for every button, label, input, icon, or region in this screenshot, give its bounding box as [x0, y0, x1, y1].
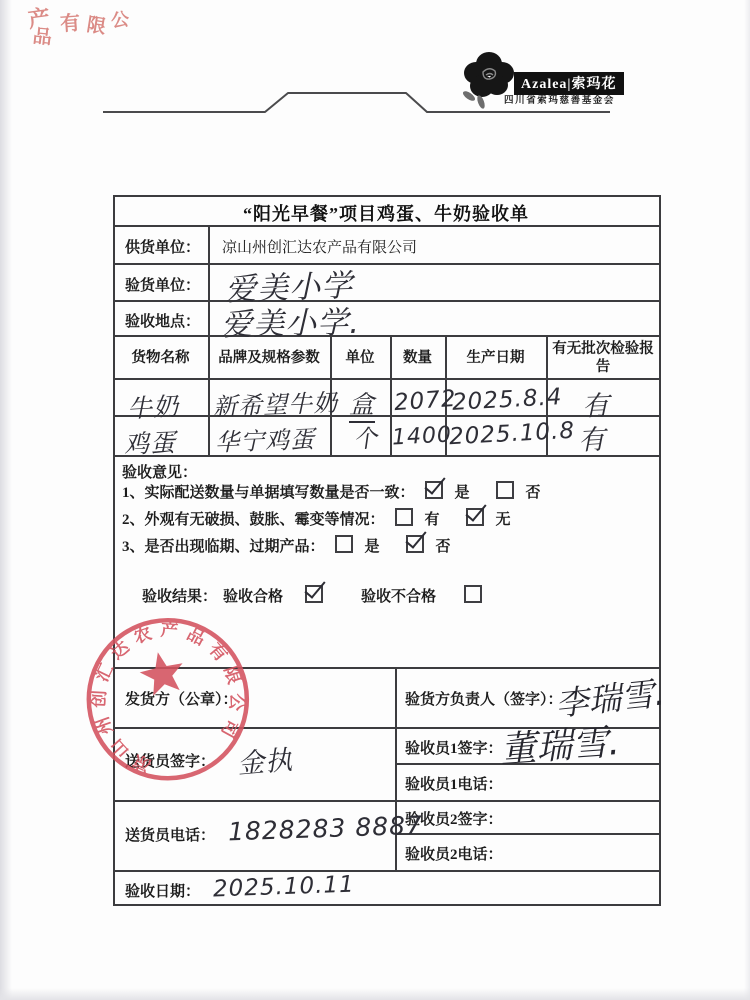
goods-name-handwriting: 牛奶 [126, 387, 180, 426]
receiver-unit-label: 验货单位： [125, 274, 200, 295]
opinion-item-3: 3、是否出现临期、过期产品：是否 [122, 535, 451, 556]
checkbox-result-fail [464, 585, 482, 603]
page-edge-shadow-bottom [0, 988, 750, 1000]
opinions-heading: 验收意见： [122, 461, 197, 482]
col-header-brand-spec: 品牌及规格参数 [208, 349, 330, 367]
checkbox-label: 是 [455, 485, 470, 501]
seal-star-icon [136, 648, 187, 698]
opinion-item-text: 3、是否出现临期、过期产品： [122, 539, 325, 555]
acceptance-date-handwriting: 2025.10.11 [213, 872, 356, 903]
stamp-fragment-glyph: 公 [110, 5, 131, 33]
opinion-item-text: 2、外观有无破损、鼓胀、霉变等情况： [122, 512, 385, 528]
checkbox-label: 否 [526, 485, 541, 501]
stamp-fragment-glyph: 品 [32, 21, 54, 50]
result-option-label: 验收不合格 [361, 589, 436, 605]
col-header-quantity: 数量 [390, 349, 445, 367]
checkbox-damage-no [466, 508, 484, 526]
batch-report-handwriting: 有 [577, 417, 607, 457]
inspector1-phone-label: 验收员1电话： [405, 773, 503, 794]
opinion-item-2: 2、外观有无破损、鼓胀、霉变等情况：有无 [122, 508, 511, 529]
production-date-handwriting: 2025.10.8 [448, 418, 575, 451]
checkbox-expired-no [406, 535, 424, 553]
seal-company-name: 凉山州创汇达农产品有限公司 [73, 604, 261, 784]
checkbox-label: 否 [436, 539, 451, 555]
deliverer-phone-label: 送货员电话： [125, 824, 215, 845]
unit-handwriting: 个 [351, 418, 380, 455]
quantity-handwriting: 1400 [391, 422, 452, 450]
supplier-value: 凉山州创汇达农产品有限公司 [222, 236, 417, 257]
acceptance-location-handwriting: 爱美小学. [221, 297, 361, 344]
company-seal-stamp: 凉山州创汇达农产品有限公司 [65, 594, 273, 806]
inspector2-phone-label: 验收员2电话： [405, 843, 503, 864]
quantity-handwriting: 2072 [393, 386, 457, 416]
svg-text:凉山州创汇达农产品有限公司: 凉山州创汇达农产品有限公司 [73, 604, 261, 784]
inspector1-sign-label: 验收员1签字： [405, 737, 503, 758]
col-header-goods-name: 货物名称 [113, 349, 208, 367]
col-header-batch-report: 有无批次检验报告 [552, 340, 654, 376]
opinion-item-text: 1、实际配送数量与单据填写数量是否一致： [122, 485, 415, 501]
checkbox-expired-yes [335, 535, 353, 553]
scanned-form-page: 产 品 有 限 公 Azalea|索玛花 四川省索玛慈善基金会 [0, 0, 750, 1000]
form-title: “阳光早餐”项目鸡蛋、牛奶验收单 [113, 200, 659, 226]
checkbox-result-pass [305, 585, 323, 603]
stamp-fragment-glyph: 限 [85, 10, 108, 40]
page-edge-shadow-right [744, 0, 750, 1000]
inspector1-signature-handwriting: 董瑞雪. [498, 714, 621, 773]
checkbox-quantity-match-no [496, 481, 514, 499]
receiver-head-label: 验货方负责人（签字）： [405, 688, 563, 709]
letterhead-divider-line [101, 88, 621, 118]
checkbox-label: 无 [496, 512, 511, 528]
acceptance-date-label: 验收日期： [125, 880, 200, 901]
checkbox-label: 是 [365, 539, 380, 555]
col-header-production-date: 生产日期 [445, 349, 546, 367]
acceptance-location-label: 验收地点： [125, 310, 200, 331]
checkbox-label: 有 [425, 512, 440, 528]
checkbox-damage-yes [395, 508, 413, 526]
brand-spec-handwriting: 华宁鸡蛋 [214, 419, 315, 457]
brand-spec-handwriting: 新希望牛奶 [212, 383, 338, 422]
goods-name-handwriting: 鸡蛋 [123, 423, 176, 461]
checkbox-quantity-match-yes [425, 481, 443, 499]
supplier-label: 供货单位： [125, 236, 200, 257]
stamp-fragment-glyph: 有 [59, 6, 81, 36]
deliverer-phone-handwriting: 1828283 8887 [228, 811, 424, 847]
col-header-unit: 单位 [330, 349, 390, 367]
page-edge-shadow-left [0, 0, 12, 1000]
